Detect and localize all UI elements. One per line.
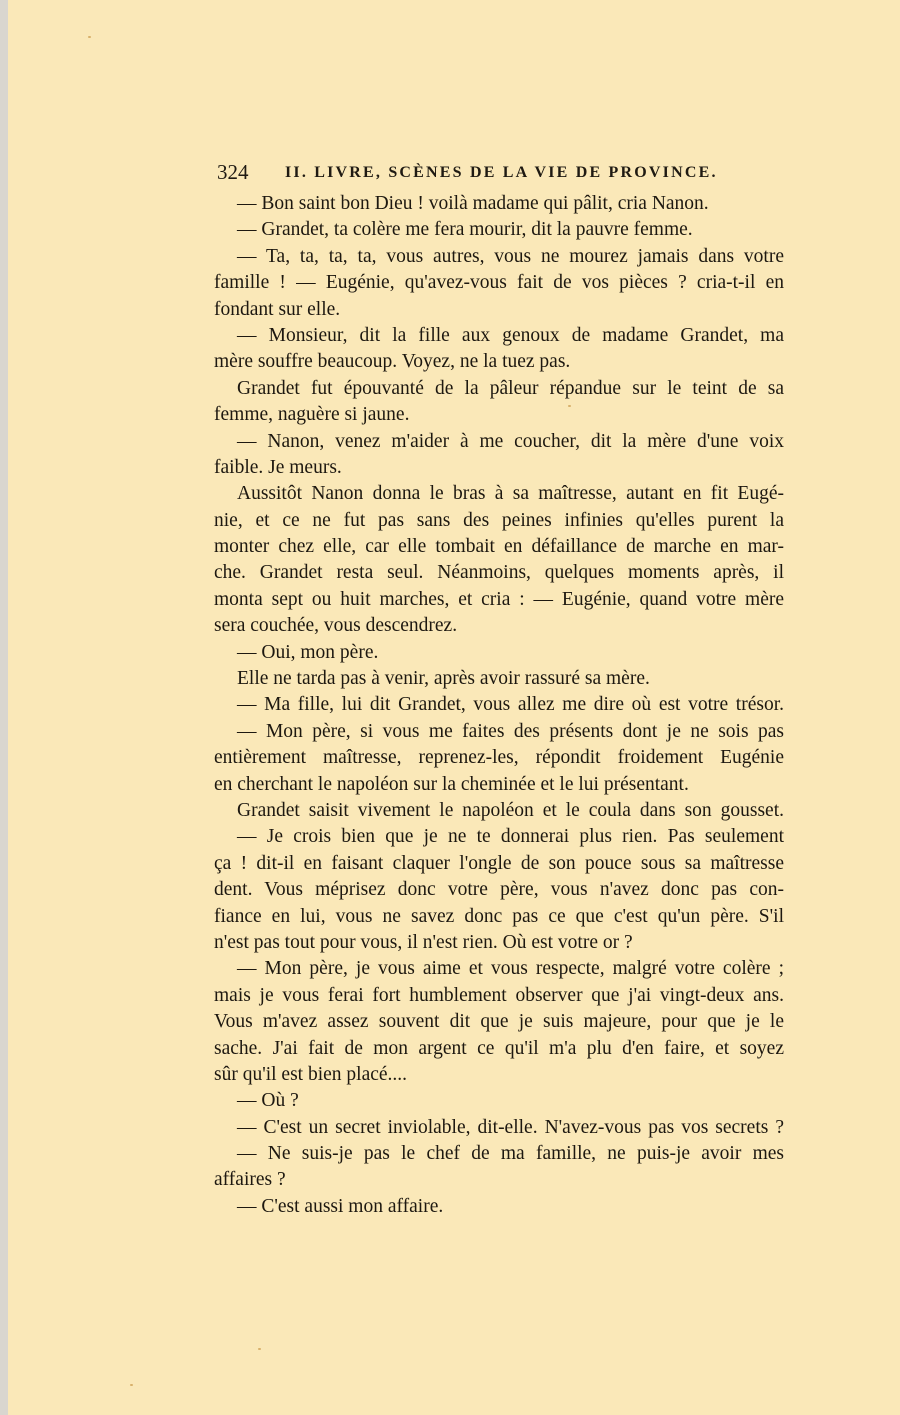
- text-line: en cherchant le napoléon sur la cheminée…: [214, 772, 784, 798]
- text-line: mère souffre beaucoup. Voyez, ne la tuez…: [214, 349, 784, 375]
- text-line: — Nanon, venez m'aider à me coucher, dit…: [214, 429, 784, 455]
- text-line: — Ta, ta, ta, ta, vous autres, vous ne m…: [214, 244, 784, 270]
- text-line: Grandet fut épouvanté de la pâleur répan…: [214, 376, 784, 402]
- text-line: Vous m'avez assez souvent dit que je sui…: [214, 1009, 784, 1035]
- scan-margin-strip: [0, 0, 8, 1415]
- text-line: Aussitôt Nanon donna le bras à sa maître…: [214, 481, 784, 507]
- text-line: fiance en lui, vous ne savez donc pas ce…: [214, 904, 784, 930]
- page-header: 324 II. LIVRE, SCÈNES DE LA VIE DE PROVI…: [217, 159, 787, 185]
- text-line: — Bon saint bon Dieu ! voilà madame qui …: [214, 191, 784, 217]
- text-line: ça ! dit-il en faisant claquer l'ongle d…: [214, 851, 784, 877]
- text-line: — Ma fille, lui dit Grandet, vous allez …: [214, 692, 784, 718]
- text-line: sera couchée, vous descendrez.: [214, 613, 784, 639]
- text-line: — C'est aussi mon affaire.: [214, 1194, 784, 1220]
- text-line: Elle ne tarda pas à venir, après avoir r…: [214, 666, 784, 692]
- text-line: fondant sur elle.: [214, 297, 784, 323]
- text-line: — Grandet, ta colère me fera mourir, dit…: [214, 217, 784, 243]
- text-line: entièrement maîtresse, reprenez-les, rép…: [214, 745, 784, 771]
- text-line: n'est pas tout pour vous, il n'est rien.…: [214, 930, 784, 956]
- text-line: mais je vous ferai fort humblement obser…: [214, 983, 784, 1009]
- page-number: 324: [217, 159, 249, 185]
- text-line: monter chez elle, car elle tombait en dé…: [214, 534, 784, 560]
- text-line: — Mon père, je vous aime et vous respect…: [214, 956, 784, 982]
- text-line: dent. Vous méprisez donc votre père, vou…: [214, 877, 784, 903]
- text-line: — Mon père, si vous me faites des présen…: [214, 719, 784, 745]
- text-line: sûr qu'il est bien placé....: [214, 1062, 784, 1088]
- paper-speck: [88, 36, 91, 38]
- text-line: — Oui, mon père.: [214, 640, 784, 666]
- text-line: — Je crois bien que je ne te donnerai pl…: [214, 824, 784, 850]
- text-line: monta sept ou huit marches, et cria : — …: [214, 587, 784, 613]
- paper-speck: [130, 1384, 133, 1386]
- text-line: — Ne suis-je pas le chef de ma famille, …: [214, 1141, 784, 1167]
- text-line: faible. Je meurs.: [214, 455, 784, 481]
- text-line: che. Grandet resta seul. Néanmoins, quel…: [214, 560, 784, 586]
- text-line: — C'est un secret inviolable, dit-elle. …: [214, 1115, 784, 1141]
- body-text: — Bon saint bon Dieu ! voilà madame qui …: [214, 191, 784, 1220]
- paper-speck: [258, 1348, 261, 1350]
- text-line: nie, et ce ne fut pas sans des peines in…: [214, 508, 784, 534]
- text-line: famille ! — Eugénie, qu'avez-vous fait d…: [214, 270, 784, 296]
- text-line: sache. J'ai fait de mon argent ce qu'il …: [214, 1036, 784, 1062]
- text-line: — Monsieur, dit la fille aux genoux de m…: [214, 323, 784, 349]
- text-line: — Où ?: [214, 1088, 784, 1114]
- text-line: affaires ?: [214, 1167, 784, 1193]
- text-line: Grandet saisit vivement le napoléon et l…: [214, 798, 784, 824]
- text-line: femme, naguère si jaune.: [214, 402, 784, 428]
- running-head: II. LIVRE, SCÈNES DE LA VIE DE PROVINCE.: [285, 161, 718, 185]
